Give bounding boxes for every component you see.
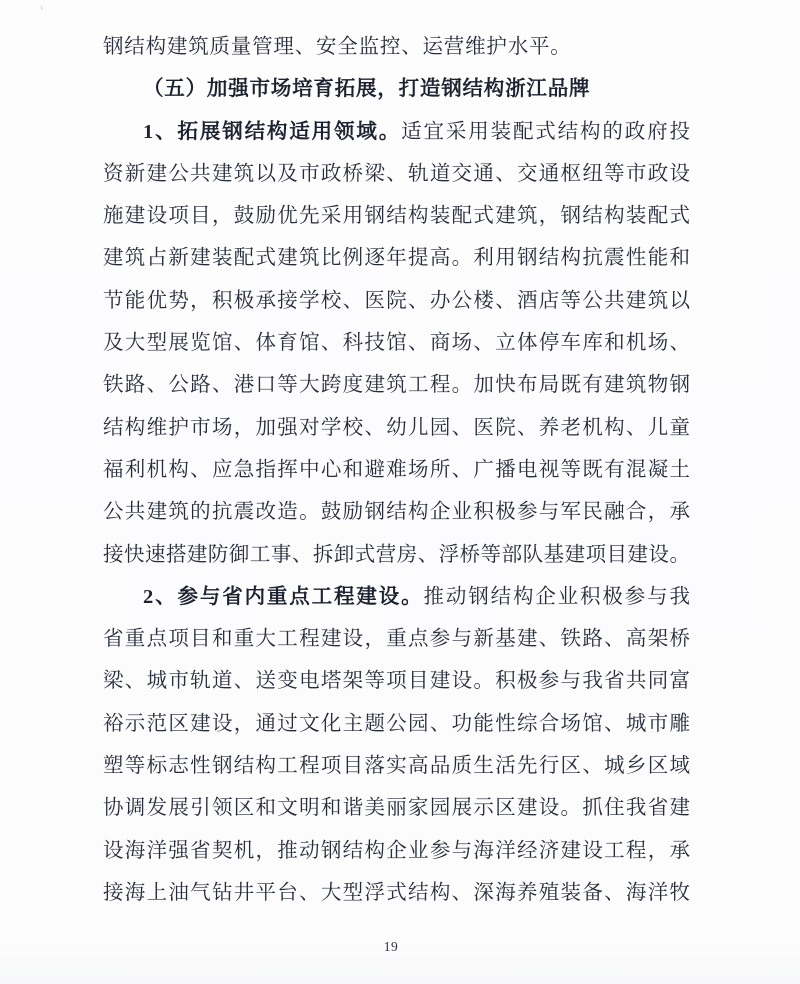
text-segment: 福利机构、应急指挥中心和避难场所、广播电视等既有混凝土 xyxy=(103,459,690,481)
text-line: 接快速搭建防御工事、拆卸式营房、浮桥等部队基建项目建设。 xyxy=(103,534,690,576)
bold-text-segment: 1、拓展钢结构适用领域。 xyxy=(143,121,401,143)
text-line: 福利机构、应急指挥中心和避难场所、广播电视等既有混凝土 xyxy=(103,449,690,491)
text-segment: 公共建筑的抗震改造。鼓励钢结构企业积极参与军民融合，承 xyxy=(103,501,690,523)
text-line: 裕示范区建设，通过文化主题公园、功能性综合场馆、城市雕 xyxy=(103,703,690,745)
text-segment: 推动钢结构企业积极参与我 xyxy=(424,586,691,608)
text-line: 梁、城市轨道、送变电塔架等项目建设。积极参与我省共同富 xyxy=(103,660,690,702)
text-segment: 裕示范区建设，通过文化主题公园、功能性综合场馆、城市雕 xyxy=(103,713,690,735)
text-line: 设海洋强省契机，推动钢结构企业参与海洋经济建设工程，承 xyxy=(103,830,690,872)
text-segment: 适宜采用装配式结构的政府投 xyxy=(401,121,690,143)
bold-text-segment: 2、参与省内重点工程建设。 xyxy=(143,586,424,608)
text-line: 公共建筑的抗震改造。鼓励钢结构企业积极参与军民融合，承 xyxy=(103,491,690,533)
text-segment: 塑等标志性钢结构工程项目落实高品质生活先行区、城乡区域 xyxy=(103,755,690,777)
text-segment: 建筑占新建装配式建筑比例逐年提高。利用钢结构抗震性能和 xyxy=(103,247,690,269)
text-segment: 设海洋强省契机，推动钢结构企业参与海洋经济建设工程，承 xyxy=(103,840,690,862)
text-line: 施建设项目，鼓励优先采用钢结构装配式建筑，钢结构装配式 xyxy=(103,195,690,237)
text-segment: 接海上油气钻井平台、大型浮式结构、深海养殖装备、海洋牧 xyxy=(103,882,690,904)
text-segment: 省重点项目和重大工程建设，重点参与新基建、铁路、高架桥 xyxy=(103,628,690,650)
text-line: 接海上油气钻井平台、大型浮式结构、深海养殖装备、海洋牧 xyxy=(103,872,690,914)
bold-text-segment: （五）加强市场培育拓展，打造钢结构浙江品牌 xyxy=(143,78,590,100)
text-segment: 接快速搭建防御工事、拆卸式营房、浮桥等部队基建项目建设。 xyxy=(103,544,690,566)
text-line: 钢结构建筑质量管理、安全监控、运营维护水平。 xyxy=(103,26,690,68)
text-line: 结构维护市场，加强对学校、幼儿园、医院、养老机构、儿童 xyxy=(103,407,690,449)
text-line: 1、拓展钢结构适用领域。适宜采用装配式结构的政府投 xyxy=(103,111,690,153)
text-line: 建筑占新建装配式建筑比例逐年提高。利用钢结构抗震性能和 xyxy=(103,237,690,279)
text-segment: 节能优势，积极承接学校、医院、办公楼、酒店等公共建筑以 xyxy=(103,290,690,312)
text-line: 省重点项目和重大工程建设，重点参与新基建、铁路、高架桥 xyxy=(103,618,690,660)
text-segment: 梁、城市轨道、送变电塔架等项目建设。积极参与我省共同富 xyxy=(103,670,690,692)
text-segment: 钢结构建筑质量管理、安全监控、运营维护水平。 xyxy=(103,36,572,58)
text-line: 塑等标志性钢结构工程项目落实高品质生活先行区、城乡区域 xyxy=(103,745,690,787)
text-segment: 铁路、公路、港口等大跨度建筑工程。加快布局既有建筑物钢 xyxy=(103,374,690,396)
text-segment: 结构维护市场，加强对学校、幼儿园、医院、养老机构、儿童 xyxy=(103,417,690,439)
text-segment: 协调发展引领区和文明和谐美丽家园展示区建设。抓住我省建 xyxy=(103,797,690,819)
scan-artifact-mark: ᶜ xyxy=(40,4,45,15)
text-segment: 施建设项目，鼓励优先采用钢结构装配式建筑，钢结构装配式 xyxy=(103,205,690,227)
text-line: 协调发展引领区和文明和谐美丽家园展示区建设。抓住我省建 xyxy=(103,787,690,829)
text-line: 及大型展览馆、体育馆、科技馆、商场、立体停车库和机场、 xyxy=(103,322,690,364)
text-segment: 资新建公共建筑以及市政桥梁、轨道交通、交通枢纽等市政设 xyxy=(103,163,690,185)
text-line: 节能优势，积极承接学校、医院、办公楼、酒店等公共建筑以 xyxy=(103,280,690,322)
text-line: 资新建公共建筑以及市政桥梁、轨道交通、交通枢纽等市政设 xyxy=(103,153,690,195)
text-line: （五）加强市场培育拓展，打造钢结构浙江品牌 xyxy=(103,68,690,110)
text-segment: 及大型展览馆、体育馆、科技馆、商场、立体停车库和机场、 xyxy=(103,332,690,354)
text-line: 铁路、公路、港口等大跨度建筑工程。加快布局既有建筑物钢 xyxy=(103,364,690,406)
document-page: ᶜ 钢结构建筑质量管理、安全监控、运营维护水平。（五）加强市场培育拓展，打造钢结… xyxy=(0,0,800,984)
document-body: 钢结构建筑质量管理、安全监控、运营维护水平。（五）加强市场培育拓展，打造钢结构浙… xyxy=(103,26,690,914)
page-number: 19 xyxy=(0,939,782,955)
text-line: 2、参与省内重点工程建设。推动钢结构企业积极参与我 xyxy=(103,576,690,618)
